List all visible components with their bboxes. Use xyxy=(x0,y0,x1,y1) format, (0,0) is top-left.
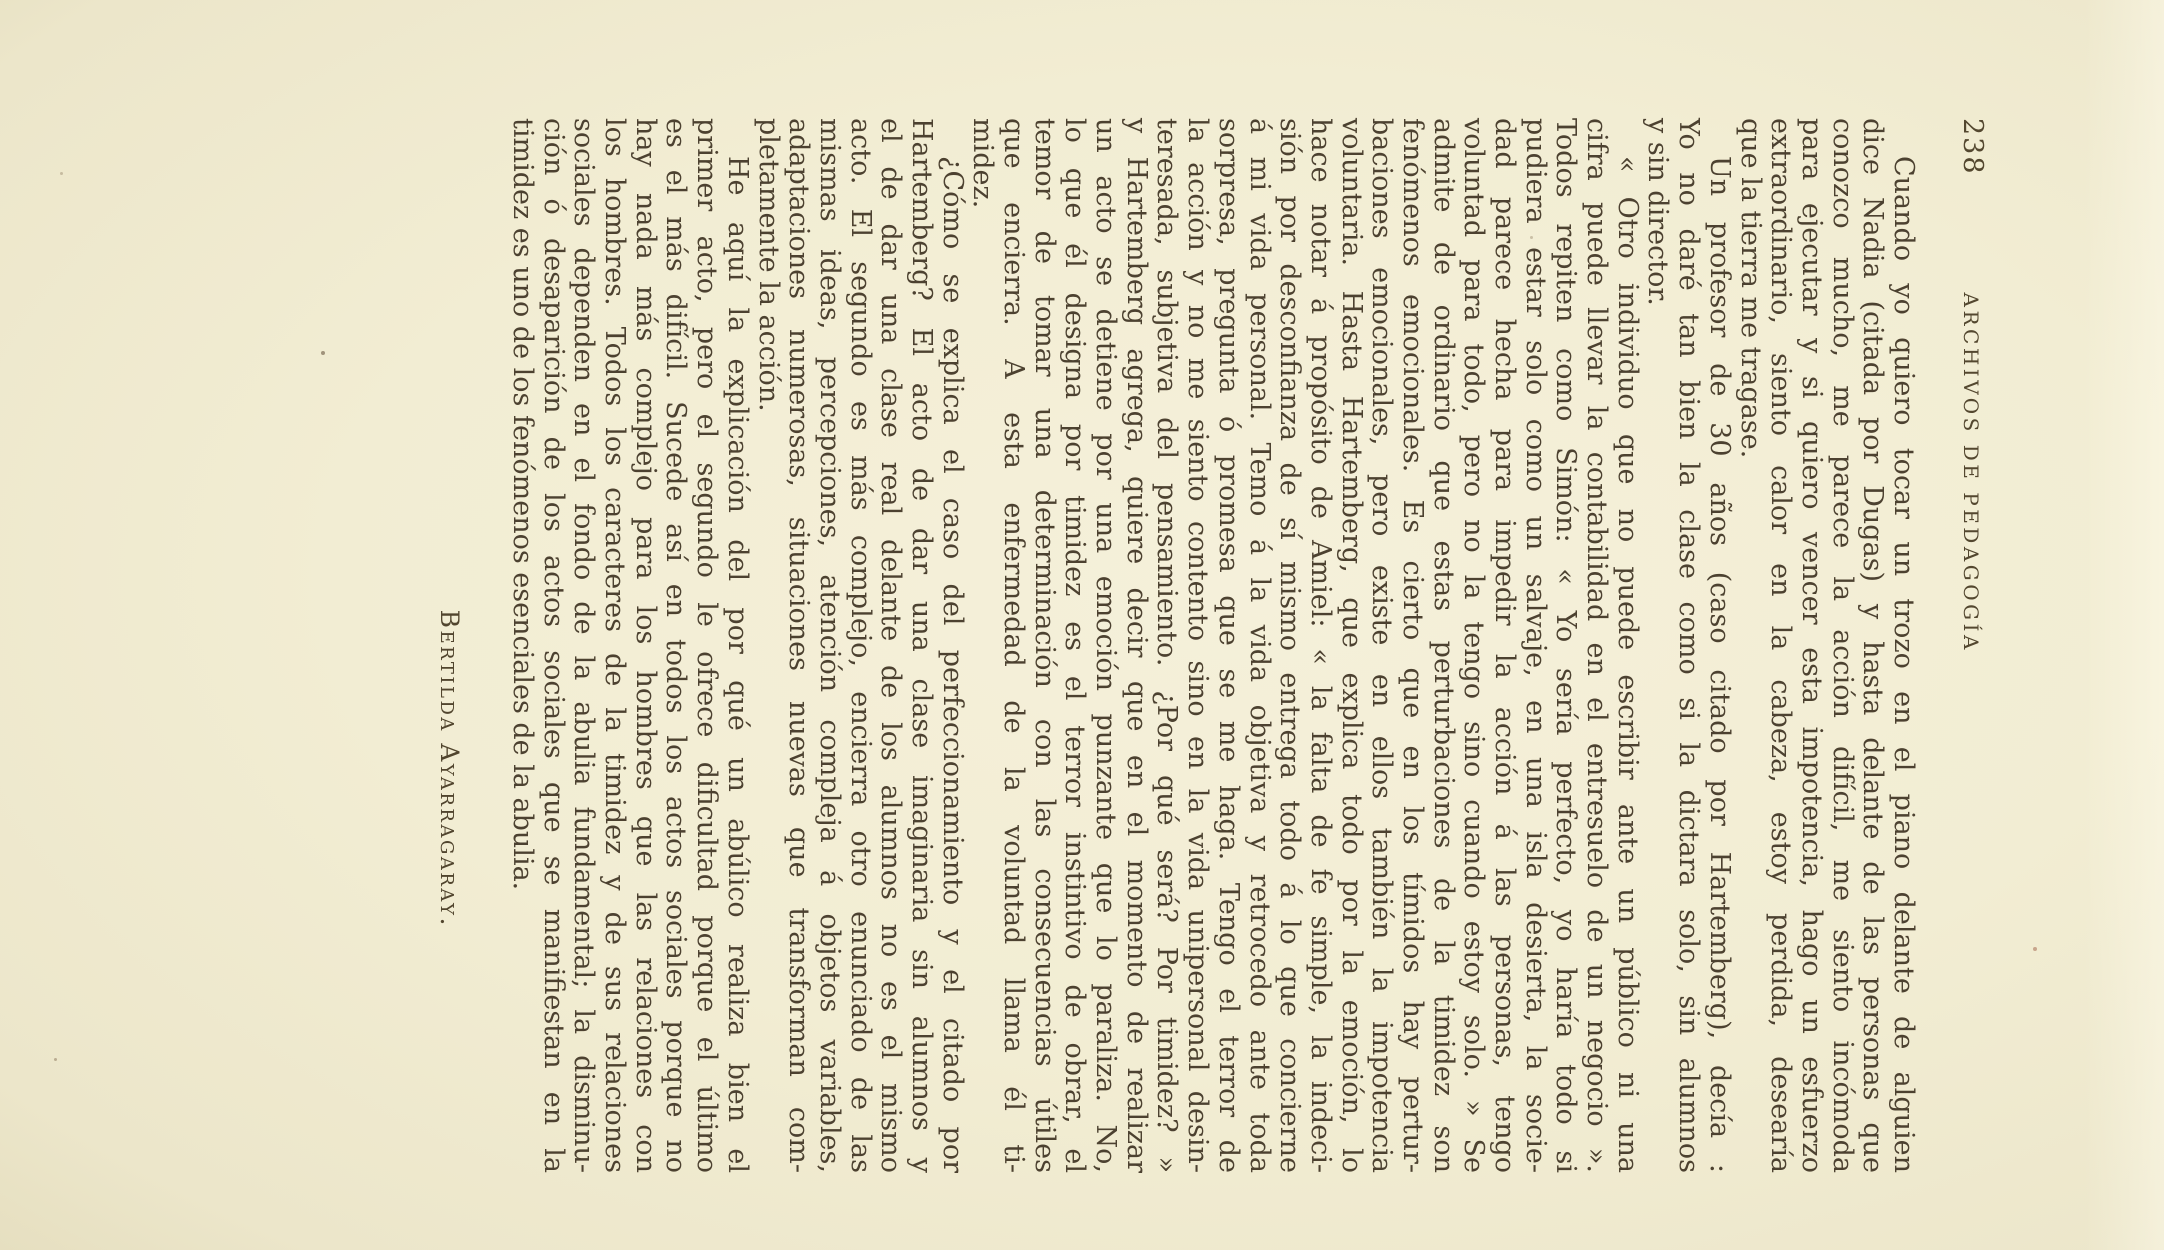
text-line: teresada, subjetiva del pensamiento. ¿Po… xyxy=(1151,118,1182,1173)
text-line: lo que él designa por timidez es el terr… xyxy=(1059,118,1090,1173)
text-line: es el más difícil. Sucede así en todos l… xyxy=(660,118,691,1173)
text-line: timidez es uno de los fenómenos esencial… xyxy=(506,118,537,1173)
text-line: ¿Cómo se explica el caso del perfecciona… xyxy=(936,118,967,1173)
text-line: « Otro individuo que no puede escribir a… xyxy=(1611,118,1642,1173)
text-line: primer acto, pero el segundo le ofrece d… xyxy=(691,118,722,1173)
text-line: sociales dependen en el fondo de la abul… xyxy=(568,118,599,1173)
text-line: ción ó desaparición de los actos sociale… xyxy=(537,118,568,1173)
text-line: Yo no daré tan bien la clase como si la … xyxy=(1673,118,1704,1173)
page-number: 238 xyxy=(1957,118,1988,176)
text-line: Un profesor de 30 años (caso citado por … xyxy=(1703,118,1734,1173)
text-line: dice Nadia (citada por Dugas) y hasta de… xyxy=(1857,118,1888,1173)
text-line: baciones emocionales, pero existe en ell… xyxy=(1366,118,1397,1173)
text-line: fenómenos emocionales. Es cierto que en … xyxy=(1396,118,1427,1173)
text-line: adaptaciones numerosas, situaciones nuev… xyxy=(783,118,814,1173)
text-line: acto. El segundo es más complejo, encier… xyxy=(844,118,875,1173)
paper-speck xyxy=(2033,947,2037,951)
page-body: Cuando yo quiero tocar un trozo en el pi… xyxy=(506,118,1918,1173)
text-line: y sin director. xyxy=(1642,118,1673,1173)
text-line: que la tierra me tragase. xyxy=(1734,118,1765,1173)
text-line: pudiera estar solo como un salvaje, en u… xyxy=(1519,118,1550,1173)
text-line: hay nada más complejo para los hombres q… xyxy=(629,118,660,1173)
text-line: voluntad para todo, pero no la tengo sin… xyxy=(1458,118,1489,1173)
text-line: admite de ordinario que estas perturbaci… xyxy=(1427,118,1458,1173)
text-line: extraordinario, siento calor en la cabez… xyxy=(1765,118,1796,1173)
scanned-page-canvas: 238 ARCHIVOS DE PEDAGOGÍA Cuando yo quie… xyxy=(0,0,2164,1250)
page-header: 238 ARCHIVOS DE PEDAGOGÍA xyxy=(1957,118,1988,1173)
author-signature: Bertilda Ayarragaray. xyxy=(435,118,464,1173)
text-line: que encierra. A esta enfermedad de la vo… xyxy=(997,118,1028,1173)
text-line: y Hartemberg agrega, quiere decir que en… xyxy=(1120,118,1151,1173)
text-line: un acto se detiene por una emoción punza… xyxy=(1089,118,1120,1173)
text-line: hace notar á propósito de Amiel: « la fa… xyxy=(1304,118,1335,1173)
text-line: cifra puede llevar la contabilidad en el… xyxy=(1580,118,1611,1173)
text-line: los hombres. Todos los caracteres de la … xyxy=(598,118,629,1173)
text-line: mismas ideas, percepciones, atención com… xyxy=(813,118,844,1173)
text-line: midez. xyxy=(967,118,998,1173)
text-line: á mi vida personal. Temo á la vida objet… xyxy=(1243,118,1274,1173)
text-line: He aquí la explicación del por qué un ab… xyxy=(721,118,752,1173)
running-title: ARCHIVOS DE PEDAGOGÍA xyxy=(1959,293,1983,653)
paper-speck xyxy=(321,351,325,355)
text-line: sorpresa, pregunta ó promesa que se me h… xyxy=(1212,118,1243,1173)
text-line: Cuando yo quiero tocar un trozo en el pi… xyxy=(1887,118,1918,1173)
text-line: pletamente la acción. xyxy=(752,118,783,1173)
text-line: Hartemberg? El acto de dar una clase ima… xyxy=(905,118,936,1173)
text-line: sión por desconfianza de sí mismo entreg… xyxy=(1274,118,1305,1173)
text-line: la acción y no me siento contento sino e… xyxy=(1182,118,1213,1173)
book-page: 238 ARCHIVOS DE PEDAGOGÍA Cuando yo quie… xyxy=(0,0,2164,1250)
paper-speck xyxy=(1530,236,1533,239)
text-line: voluntaria. Hasta Hartemberg, que explic… xyxy=(1335,118,1366,1173)
text-line: para ejecutar y si quiero vencer esta im… xyxy=(1795,118,1826,1173)
paper-speck xyxy=(60,172,63,175)
text-line: Todos repiten como Simón: « Yo sería per… xyxy=(1550,118,1581,1173)
text-line: conozco mucho, me parece la acción difíc… xyxy=(1826,118,1857,1173)
paper-speck xyxy=(54,1058,57,1061)
text-line: temor de tomar una determinación con las… xyxy=(1028,118,1059,1173)
text-line: dad parece hecha para impedir la acción … xyxy=(1488,118,1519,1173)
text-line: el de dar una clase real delante de los … xyxy=(875,118,906,1173)
